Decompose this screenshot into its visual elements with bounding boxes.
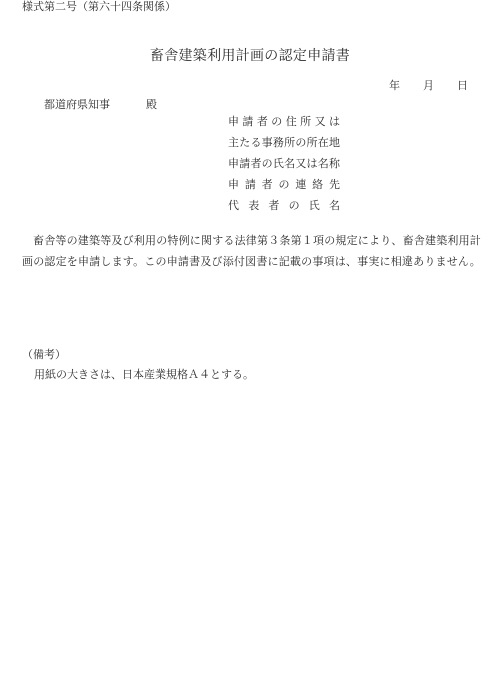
remarks-heading: （備考） bbox=[22, 346, 66, 362]
date-month: 月 bbox=[423, 77, 434, 93]
applicant-field-office: 主たる事務所の所在地 bbox=[228, 134, 340, 150]
document-title: 畜舎建築利用計画の認定申請書 bbox=[0, 45, 500, 65]
remarks-text: 用紙の大きさは、日本産業規格Ａ４とする。 bbox=[34, 366, 254, 382]
honorific: 殿 bbox=[146, 96, 157, 112]
applicant-field-representative: 代表者の氏名 bbox=[228, 197, 340, 213]
date-year: 年 bbox=[389, 77, 400, 93]
form-number: 様式第二号（第六十四条関係） bbox=[22, 0, 176, 14]
applicant-field-address: 申請者の住所又は bbox=[228, 113, 340, 129]
date-day: 日 bbox=[457, 77, 468, 93]
applicant-field-name: 申請者の氏名又は名称 bbox=[228, 155, 340, 171]
applicant-field-contact: 申請者の連絡先 bbox=[228, 176, 340, 192]
addressee: 都道府県知事 bbox=[44, 96, 110, 112]
body-paragraph: 畜舎等の建築等及び利用の特例に関する法律第３条第１項の規定により、畜舎建築利用計… bbox=[22, 230, 482, 272]
